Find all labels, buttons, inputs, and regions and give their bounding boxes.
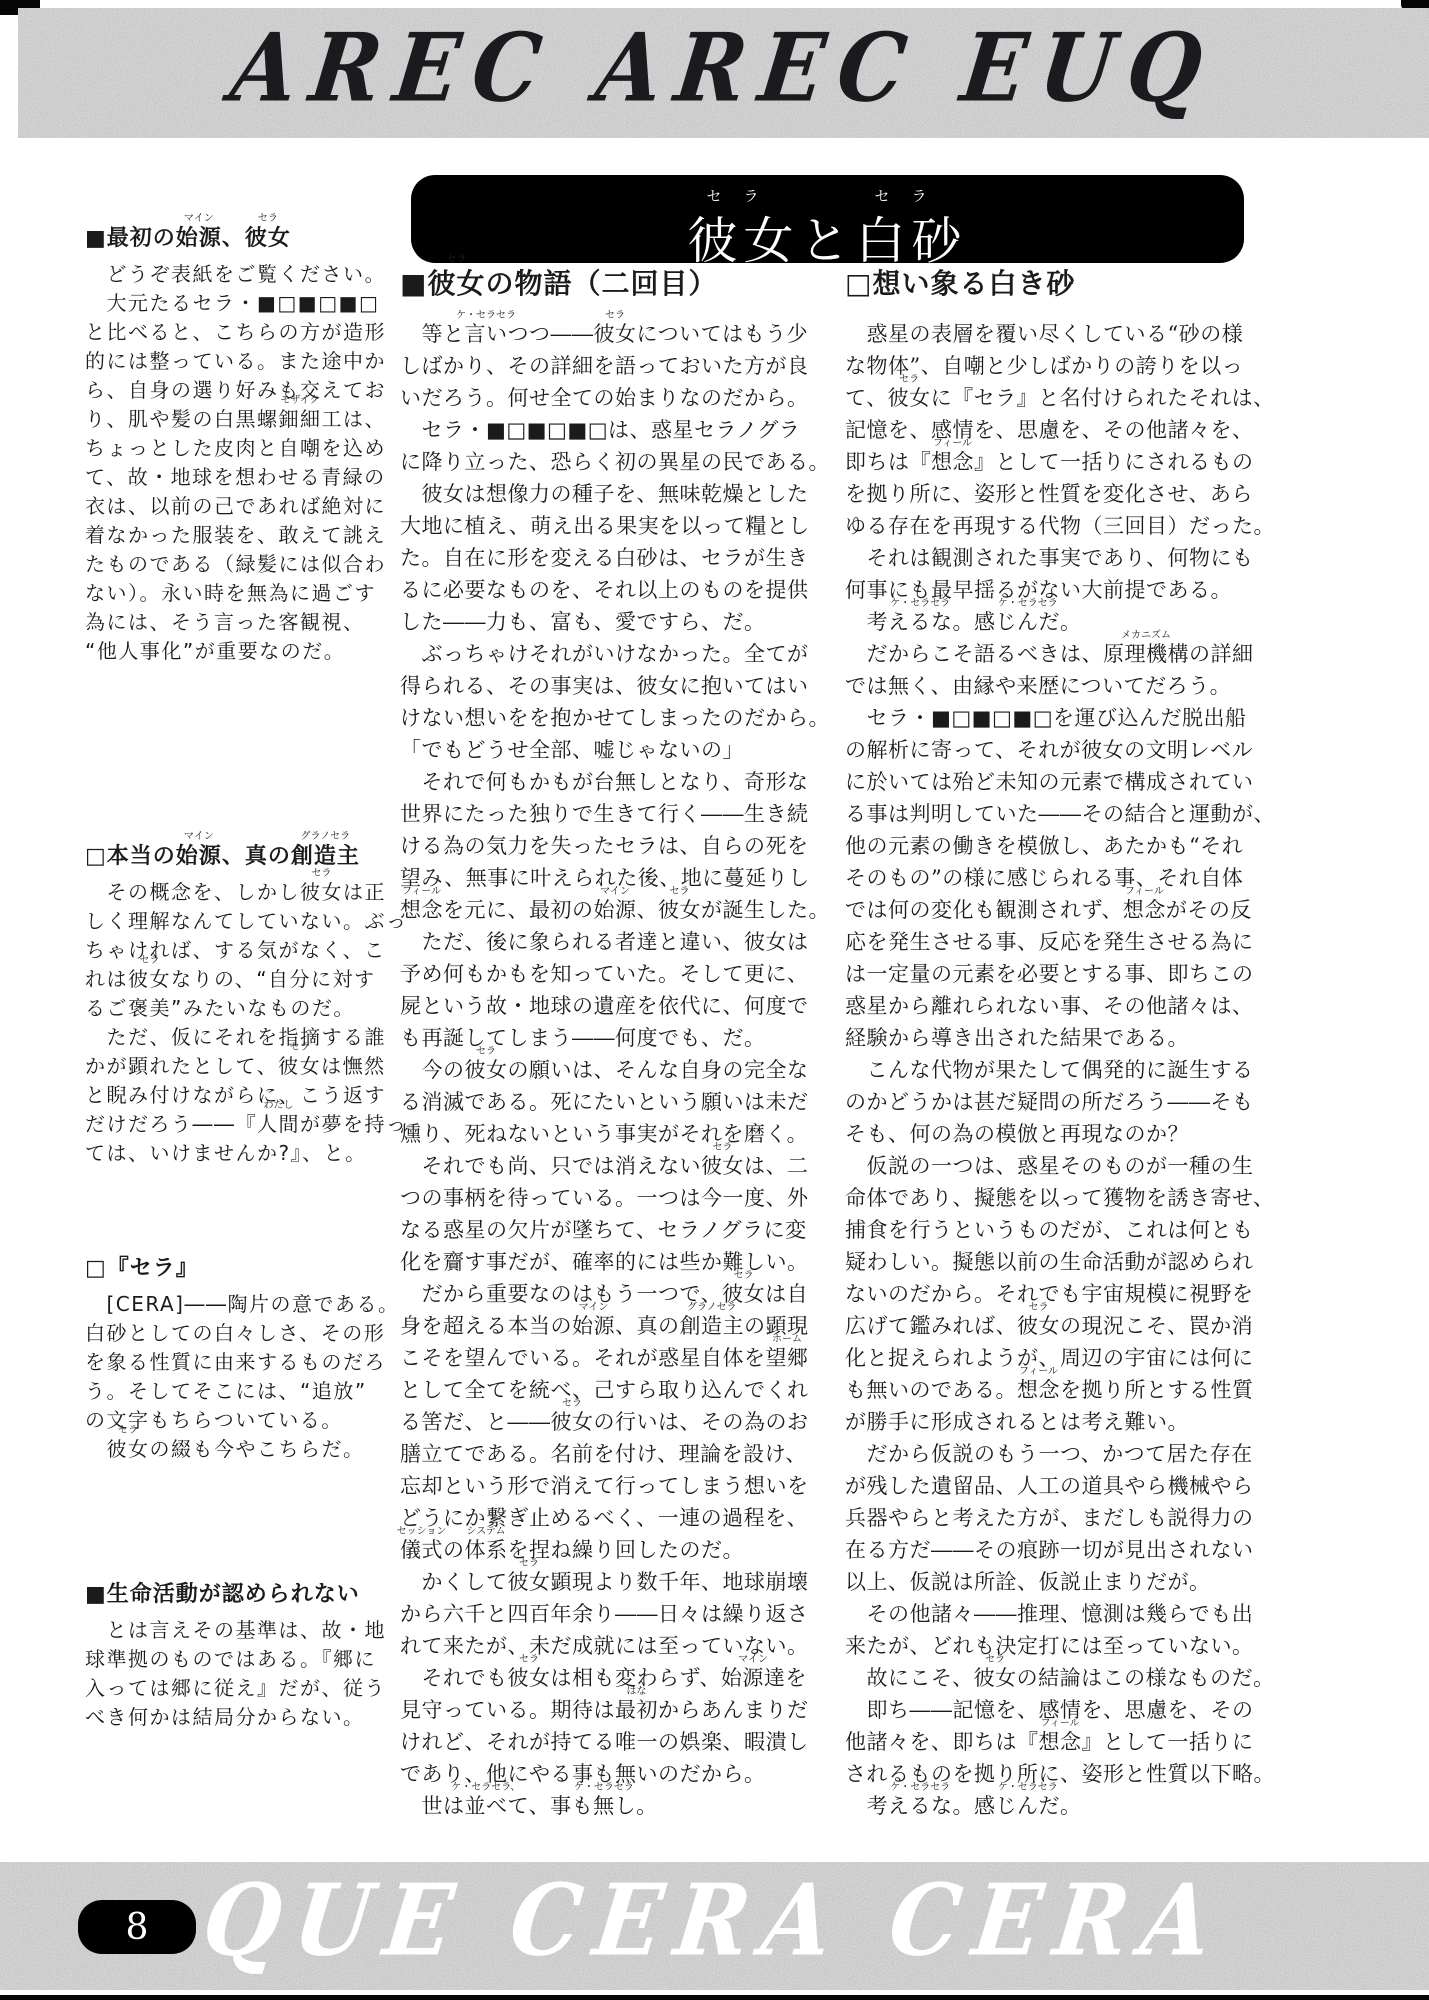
text-line: る筈だ、と――彼女セラの行いは、その為のお [400,1406,824,1438]
text-line: しばかり、その詳細を語っておいた方が良 [400,350,824,382]
text-line: 経験から導き出された結果である。 [845,1022,1271,1054]
text-line: 燻り、死ねないという事実がそれを磨く。 [400,1118,824,1150]
ruby-base: 始源マイン [594,898,637,922]
text-line: した――力も、富も、愛ですら、だ。 [400,606,824,638]
text-line: 衣は、以前の己であれば絶対に [85,492,405,521]
text-line: た。自在に形を変える白砂は、セラが生き [400,542,824,574]
text-line: では無く、由縁や来歴についてだろう。 [845,670,1271,702]
text-line: る消滅である。死にたいという願いは未だ [400,1086,824,1118]
bottom-banner-text: QUE CERA CERA [0,1862,1429,1978]
text-line: を象る性質に由来するものだろ [85,1348,405,1377]
text-line: 捕食を行うというものだが、これは何とも [845,1214,1271,1246]
text-line: いだろう。何せ全ての始まりなのだから。 [400,382,824,414]
furigana: フィール [1125,887,1164,897]
page-title: 彼女セラと白砂セラ [411,201,1244,273]
furigana: セラ [519,1559,539,1569]
furigana: システム [467,1527,506,1537]
furigana: セラ [118,1426,138,1436]
text-line: だから重要なのはもう一つで、彼女セラは自 [400,1278,824,1310]
furigana: マイン [184,214,214,224]
text-line: ぶっちゃけそれがいけなかった。全てが [400,638,824,670]
text-line: も無いのである。想念フィールを拠り所とする性質 [845,1374,1271,1406]
text-line: 惑星から離れられない事、その他諸々は、 [845,990,1271,1022]
text-line: それでも彼女セラは相も変わらず、始源達マインを [400,1662,824,1694]
ruby-base: 想念フィール [1017,1378,1060,1402]
text-line: それでも尚、只では消えない彼女セラは、二 [400,1150,824,1182]
furigana: ケ・セラセラ [890,599,950,609]
text-line: こんな代物が果たして偶発的に誕生する [845,1054,1271,1086]
furigana: フィール [933,439,972,449]
text-line: 儀式セッションの体系システムを捏ね繰り回したのだ。 [400,1534,824,1566]
text-line: 膳立てである。名前を付け、理論を設け、 [400,1438,824,1470]
ruby-base: 儀式セッション [400,1538,443,1562]
text-line: けない想いをを抱かせてしまったのだから。 [400,702,824,734]
furigana: ケ・セラセラ [998,1783,1058,1793]
ruby-base: 望郷ホーム [766,1346,809,1370]
section-body: とは言えその基準は、故・地球準拠のものではある。『郷に入っては郷に従え』だが、従… [85,1616,405,1732]
text-line: “他人事化”が重要なのだ。 [85,637,405,666]
text-line: を拠り所に、姿形と性質を変化させ、あら [845,478,1271,510]
text-line: 疑わしい。擬態以前の生命活動が認められ [845,1246,1271,1278]
furigana: セラ [476,1047,496,1057]
furigana: セラ [899,375,919,385]
furigana: メカニズム [1121,631,1171,641]
text-line: かくして彼女セラ顕現より数千年、地球崩壊 [400,1566,824,1598]
ruby-base: 感じんだ。ケ・セラセラ [974,1794,1082,1818]
text-line: 彼女セラの綴も今やこちらだ。 [85,1435,405,1464]
text-line: 大地に植え、萌え出る果実を以って糧とし [400,510,824,542]
furigana: ホーム [772,1335,802,1345]
text-line: 見守っている。期待は最初はなからあんまりだ [400,1694,824,1726]
ruby-base: 彼女セラ [508,1666,551,1690]
furigana: セラ [605,311,625,321]
text-line: 入っては郷に従え』だが、従う [85,1674,405,1703]
text-line: 等と言いつつケ・セラセラ――彼女セラについてはもう少 [400,318,824,350]
ruby-base: 世は並べて、ケ・セラセラ、 [422,1794,551,1818]
text-line: ては、いけませんか?』、と。 [85,1139,405,1168]
text-line: 広げて鑑みれば、彼女セラの現況こそ、罠か消 [845,1310,1271,1342]
text-line: 惑星の表層を覆い尽くしている“砂の様 [845,318,1271,350]
ruby-base: 彼女セラ [594,322,637,346]
section-true-origin: □本当の始源マイン、真の創造主グラノセラ その概念を、しかし彼女セラは正しく理解… [85,842,405,1168]
text-line: だから仮説のもう一つ、かつて居た存在 [845,1438,1271,1470]
furigana: マイン [184,832,214,842]
page-title-bar: 彼女セラと白砂セラ [411,175,1244,263]
text-line: こそを望んでいる。それが惑星自体を望郷ホーム [400,1342,824,1374]
furigana: はな [627,1687,647,1697]
text-line: それで何もかもが台無しとなり、奇形な [400,766,824,798]
furigana: フィール [402,887,441,897]
text-line: しく理解なんてしていない。ぶっ [85,907,405,936]
ruby-base: 彼女セラ [974,1666,1017,1690]
section-heading: □本当の始源マイン、真の創造主グラノセラ [85,842,405,872]
text-line: 白砂としての白々しさ、その形 [85,1319,405,1348]
ruby-base: 事も無し。ケ・セラセラ [550,1794,658,1818]
ruby-base: 創造主グラノセラ [291,844,360,869]
text-line: は一定量の元素を必要とする事、即ちこの [845,958,1271,990]
section-white-sand: □想い象る白き砂 惑星の表層を覆い尽くしている“砂の様な物体”、自嘲と少しばかり… [845,266,1271,1822]
text-line: ただ、後に象られる者達と違い、彼女は [400,926,824,958]
furigana: セラ [312,869,332,879]
text-line: 的には整っている。また途中か [85,347,405,376]
text-line: も再誕してしまう――何度でも、だ。 [400,1022,824,1054]
text-line: り、肌や髪の白黒螺鈿細工モザイクは、 [85,405,405,434]
text-line: が残した遺留品、人工の道具やら機械やら [845,1470,1271,1502]
ruby-base: 彼女セラ [245,226,291,251]
ruby-base: 彼女セラ [107,1437,150,1461]
text-line: たものである（緑髪には似合わ [85,550,405,579]
ruby-base: 彼女セラ [658,898,701,922]
furigana: フィール [1041,1719,1080,1729]
section-cera: □『セラ』 [CERA]――陶片の意である。白砂としての白々しさ、その形を象る性… [85,1254,405,1464]
section-heading: □想い象る白き砂 [845,266,1271,302]
text-line: 化と捉えられようが、周辺の宇宙には何に [845,1342,1271,1374]
text-line: 世界にたった独りで生きて行く――生き続 [400,798,824,830]
text-line: とは言えその基準は、故・地 [85,1616,405,1645]
ruby-base: 彼女セラ [888,386,931,410]
text-line: 記憶を、感情を、思慮を、その他諸々を、 [845,414,1271,446]
text-line: 応を発生させる事、反応を発生させる為に [845,926,1271,958]
text-line: て、故・地球を想わせる青緑の [85,463,405,492]
text-line: るに必要なものを、それ以上のものを提供 [400,574,824,606]
section-no-life-signs: ■生命活動が認められない とは言えその基準は、故・地球準拠のものではある。『郷に… [85,1580,405,1732]
furigana: セラ [985,1655,1005,1665]
text-line: 即ちは『想念フィール』として一括りにされるもの [845,446,1271,478]
text-line: ちゃければ、する気がなく、こ [85,936,405,965]
text-line: べき何かは結局分からない。 [85,1703,405,1732]
ruby-base: 想念フィール [1039,1730,1082,1754]
text-line: [CERA]――陶片の意である。 [85,1290,405,1319]
ruby-base: 彼女セラ [427,267,485,300]
ruby-base: 感じんだ。ケ・セラセラ [974,610,1082,634]
ruby-base: 彼女セラ [278,1054,321,1078]
ruby-base: 考えるな。ケ・セラセラ [867,610,975,634]
ruby-base: 想念フィール [931,450,974,474]
furigana: セラ [519,1655,539,1665]
section-heading: ■最初の始源マイン、彼女セラ [85,224,405,254]
text-line: セラ・■□■□■□は、惑星セラノグラ [400,414,824,446]
text-line: 来たが、どれも決定打には至っていない。 [845,1630,1271,1662]
text-line: 「でもどうせ全部、嘘じゃないの」 [400,734,824,766]
ruby-base: 始源マイン [176,226,222,251]
furigana: ケ・セラセラ、 [451,1783,520,1793]
text-line: 忘却という形で消えて行ってしまう想いを [400,1470,824,1502]
top-banner: AREC AREC EUQ [18,8,1429,138]
text-line: 以上、仮説は所詮、仮説止まりだが。 [845,1566,1271,1598]
ruby-base: 彼女セラ [688,212,800,270]
text-line: けれど、それが持てる唯一の娯楽、暇潰し [400,1726,824,1758]
ruby-base: 始源マイン [176,844,222,869]
furigana: セラ [874,191,948,201]
text-line: 他の元素の働きを模倣し、あたかも“それ [845,830,1271,862]
section-first-origin: ■最初の始源マイン、彼女セラ どうぞ表紙をご覧ください。 大元たるセラ・■□■□… [85,224,405,666]
text-line: 他諸々を、即ちは『想念フィール』として一括りに [845,1726,1271,1758]
furigana: マイン [579,1303,609,1313]
text-line: かが顕れたとして、彼女セラは憮然 [85,1052,405,1081]
section-body: [CERA]――陶片の意である。白砂としての白々しさ、その形を象る性質に由来する… [85,1290,405,1464]
text-line: る事は判明していた――その結合と運動が、 [845,798,1271,830]
text-line: ない）。永い時を無為に過ごす [85,579,405,608]
ruby-base: 等と言いつつケ・セラセラ [422,322,551,346]
text-line: て、彼女セラに『セラ』と名付けられたそれは、 [845,382,1271,414]
text-line: の解析に寄って、それが彼女の文明レベル [845,734,1271,766]
text-line: ただ、仮にそれを指摘する誰 [85,1023,405,1052]
ruby-base: 想念フィール [1123,898,1166,922]
text-line: 考えるな。ケ・セラセラ感じんだ。ケ・セラセラ [845,1790,1271,1822]
ruby-base: 彼女セラ [1017,1314,1060,1338]
text-line: 化を齎す事だが、確率的には些か難しい。 [400,1246,824,1278]
document-page: AREC AREC EUQ 彼女セラと白砂セラ ■最初の始源マイン、彼女セラ ど… [0,0,1429,2000]
text-line: そのもの”の様に感じられる事、それ自体 [845,862,1271,894]
ruby-base: 最初はな [615,1698,658,1722]
ruby-base: 彼女セラ [508,1570,551,1594]
furigana: セラ [290,1043,310,1053]
text-line: 想念フィールを元に、最初の始源マイン、彼女セラが誕生した。 [400,894,824,926]
furigana: ケ・セラセラ [890,1783,950,1793]
text-line: つの事柄を待っている。一つは今一度、外 [400,1182,824,1214]
ruby-base: 原理機構メカニズム [1103,642,1189,666]
text-line: ら、自身の選り好みも交えてお [85,376,405,405]
furigana: セッション [397,1527,447,1537]
text-line: どうにか繋ぎ止めるべく、一連の過程を、 [400,1502,824,1534]
text-line: だからこそ語るべきは、原理機構メカニズムの詳細 [845,638,1271,670]
furigana: わたし [264,1101,294,1111]
text-line: 考えるな。ケ・セラセラ感じんだ。ケ・セラセラ [845,606,1271,638]
text-line: 身を超える本当の始源マイン、真の創造主グラノセラの顕現 [400,1310,824,1342]
text-line: ちょっとした皮肉と自嘲を込め [85,434,405,463]
ruby-base: 始源達マイン [721,1666,786,1690]
ruby-base: 彼女セラ [465,1058,508,1082]
section-body: その概念を、しかし彼女セラは正しく理解なんてしていない。ぶっちゃければ、する気が… [85,878,405,1168]
section-heading: □『セラ』 [85,1254,405,1284]
section-heading: ■彼女セラの物語（二回目） [400,266,824,302]
furigana: ケ・セラセラ [998,599,1058,609]
furigana: グラノセラ [301,832,351,842]
text-line: 着なかった服装を、敢えて誂え [85,521,405,550]
ruby-base: 想念フィール [400,898,443,922]
text-line: 仮説の一つは、惑星そのものが一種の生 [845,1150,1271,1182]
furigana: マイン [600,887,630,897]
ruby-base: 人間わたし [257,1112,300,1136]
furigana: セラ [734,1271,754,1281]
text-line: に於いては殆ど未知の元素で構成されてい [845,766,1271,798]
text-line: 在る方だ――その痕跡一切が見出されない [845,1534,1271,1566]
furigana: ケ・セラセラ [574,1783,634,1793]
ruby-base: 考えるな。ケ・セラセラ [867,1794,975,1818]
section-heading: ■生命活動が認められない [85,1580,405,1610]
text-line: では何の変化も観測されず、想念フィールがその反 [845,894,1271,926]
section-body: 惑星の表層を覆い尽くしている“砂の様な物体”、自嘲と少しばかりの誇りを以って、彼… [845,318,1271,1822]
text-line: ないのだから。それでも宇宙規模に視野を [845,1278,1271,1310]
text-line: 世は並べて、ケ・セラセラ、事も無し。ケ・セラセラ [400,1790,824,1822]
ruby-base: 体系システム [465,1538,508,1562]
text-line: れは彼女セラなりの、“自分に対す [85,965,405,994]
text-line: それは観測された事実であり、何物にも [845,542,1271,574]
ruby-base: 白砂セラ [856,212,968,270]
text-line: なる惑星の欠片が墜ちて、セラノグラに変 [400,1214,824,1246]
text-line: に降り立った、恐らく初の異星の民である。 [400,446,824,478]
text-line: と比べると、こちらの方が造形 [85,318,405,347]
ruby-base: 彼女セラ [551,1410,594,1434]
ruby-base: 始源マイン [572,1314,615,1338]
text-line: 今の彼女セラの願いは、そんな自身の完全な [400,1054,824,1086]
text-line: 兵器やらと考えた方が、まだしも説得力の [845,1502,1271,1534]
text-line: だけだろう――『人間わたしが夢を持っ [85,1110,405,1139]
text-line: 屍という故・地球の遺産を依代に、何度で [400,990,824,1022]
text-line: 予め何もかもを知っていた。そして更に、 [400,958,824,990]
text-line: その他諸々――推理、憶測は幾らでも出 [845,1598,1271,1630]
ruby-base: 彼女セラ [701,1154,744,1178]
furigana: モザイク [280,396,319,406]
text-line: 命体であり、擬態を以って獲物を誘き寄せ、 [845,1182,1271,1214]
section-body: 等と言いつつケ・セラセラ――彼女セラについてはもう少しばかり、その詳細を語ってお… [400,318,824,1822]
text-line: そも、何の為の模倣と再現なのか？ [845,1118,1271,1150]
text-line: 故にこそ、彼女セラの結論はこの様なものだ。 [845,1662,1271,1694]
furigana: グラノセラ [687,1303,737,1313]
text-line: と睨み付けながらに、こう返す [85,1081,405,1110]
ruby-base: 彼女セラ [128,967,171,991]
text-line: ゆる存在を再現する代物（三回目）だった。 [845,510,1271,542]
bottom-banner: 8 QUE CERA CERA [0,1862,1429,1990]
text-line: 為には、そう言った客観視、 [85,608,405,637]
text-line: るご褒美”みたいなものだ。 [85,994,405,1023]
text-line: ける為の気力を失ったセラは、自らの死を [400,830,824,862]
ruby-base: 彼女セラ [300,880,343,904]
furigana: セラ [258,214,278,224]
furigana: フィール [1019,1367,1058,1377]
text-line: として全てを統べ、己すら取り込んでくれ [400,1374,824,1406]
text-line: 彼女は想像力の種子を、無味乾燥とした [400,478,824,510]
text-line: う。そしてそこには、“追放” [85,1377,405,1406]
furigana: セラ [140,956,160,966]
text-line: が勝手に形成されるとは考え難い。 [845,1406,1271,1438]
furigana: ケ・セラセラ [456,311,516,321]
section-her-story: ■彼女セラの物語（二回目） 等と言いつつケ・セラセラ――彼女セラについてはもう少… [400,266,824,1822]
text-line: 得られる、その事実は、彼女に抱いてはい [400,670,824,702]
furigana: セラ [706,191,780,201]
furigana: セラ [713,1143,733,1153]
text-line: のかどうかは甚だ疑問の所だろう――そも [845,1086,1271,1118]
text-line: から六千と四百年余り――日々は繰り返さ [400,1598,824,1630]
section-body: どうぞ表紙をご覧ください。 大元たるセラ・■□■□■□と比べると、こちらの方が造… [85,260,405,666]
ruby-base: 螺鈿細工モザイク [257,407,343,431]
text-line: どうぞ表紙をご覧ください。 [85,260,405,289]
furigana: セラ [1029,1303,1049,1313]
page-bottom-edge [0,1995,1429,2000]
furigana: セラ [446,255,466,265]
furigana: マイン [738,1655,768,1665]
ruby-base: 創造主グラノセラ [680,1314,745,1338]
furigana: セラ [670,887,690,897]
text-line: 球準拠のものではある。『郷に [85,1645,405,1674]
furigana: セラ [562,1399,582,1409]
text-line: 大元たるセラ・■□■□■□ [85,289,405,318]
top-banner-text: AREC AREC EUQ [18,12,1429,123]
text-line: セラ・■□■□■□を運び込んだ脱出船 [845,702,1271,734]
text-line: その概念を、しかし彼女セラは正 [85,878,405,907]
